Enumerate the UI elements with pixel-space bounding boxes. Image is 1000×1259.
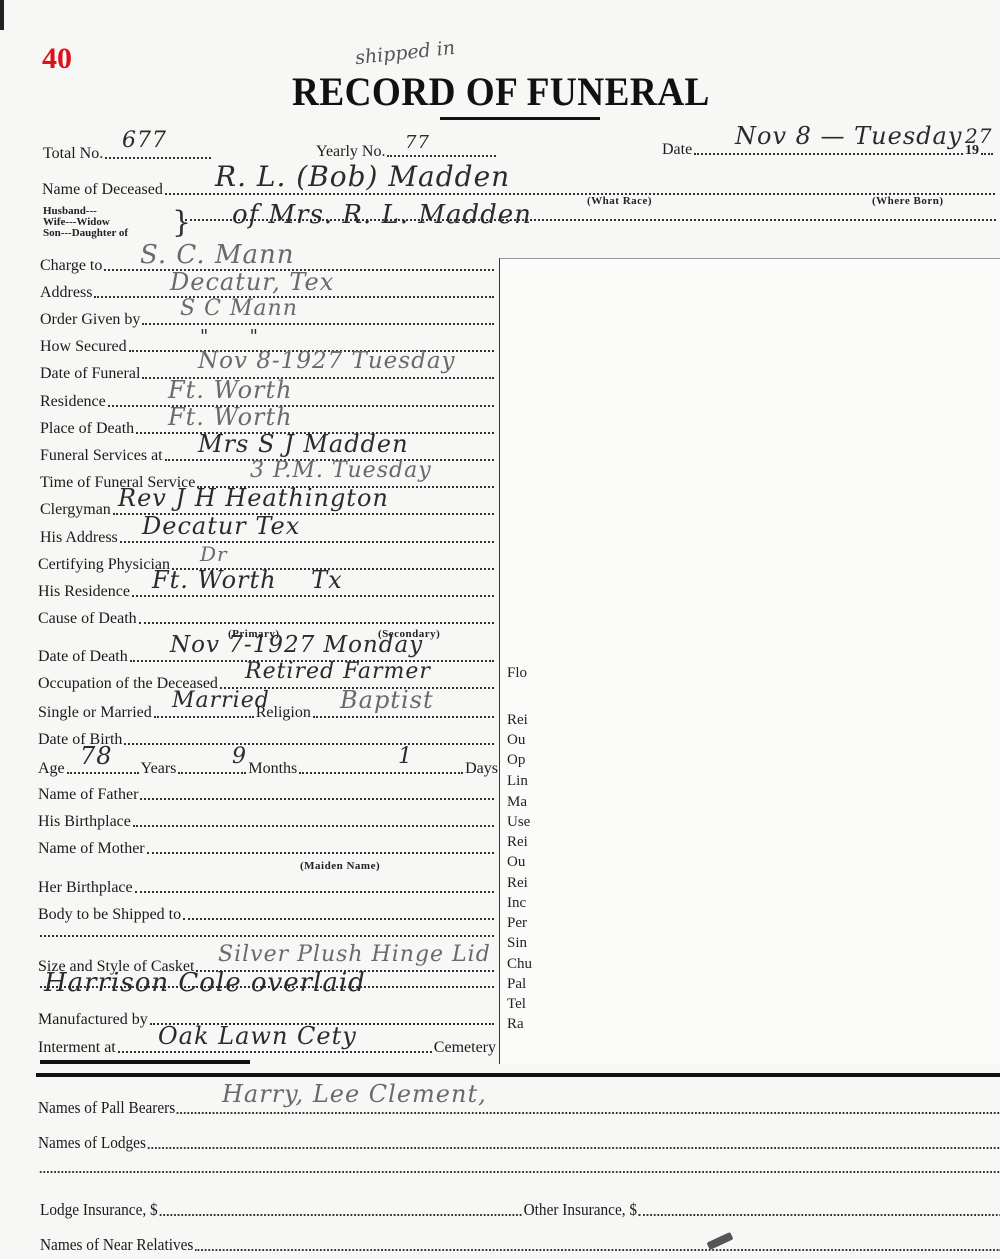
field-label: Charge to <box>40 257 102 275</box>
years-label: Years <box>141 760 177 778</box>
page-edge <box>0 0 4 30</box>
casket-value: Silver Plush Hinge Lid <box>218 942 491 967</box>
body-shipped-to-line2 <box>38 934 496 941</box>
her-birthplace-field: Her Birthplace <box>38 879 496 897</box>
side-item: Rei <box>507 834 528 851</box>
lodge-insurance-label: Lodge Insurance, $ <box>40 1200 158 1220</box>
yearly-no-label: Yearly No. <box>316 143 385 161</box>
months-label: Months <box>248 760 297 778</box>
field-label: Certifying Physician <box>38 556 170 574</box>
dotted-line <box>387 154 496 157</box>
relation-label-3: Son---Daughter of <box>43 228 128 239</box>
name-of-mother-field: Name of Mother <box>38 840 496 858</box>
side-item: Ou <box>507 854 525 871</box>
lodges-line2 <box>38 1170 1000 1177</box>
total-no-value: 677 <box>122 128 167 153</box>
field-label: Single or Married <box>38 704 152 722</box>
side-item: Op <box>507 752 525 769</box>
dotted-line <box>147 851 494 854</box>
deceased-label: Name of Deceased <box>42 181 163 199</box>
single-or-married-value: Married <box>172 688 270 713</box>
his-residence-value: Ft. Worth Tx <box>152 566 343 594</box>
dotted-line <box>67 771 139 774</box>
dotted-line <box>159 1213 521 1216</box>
dotted-line <box>108 404 494 407</box>
side-item: Sin <box>507 935 527 952</box>
maiden-name-caption: (Maiden Name) <box>300 860 380 872</box>
divider <box>40 1060 250 1064</box>
field-label: Place of Death <box>40 420 134 438</box>
pall-bearers-value: Harry, Lee Clement, <box>222 1080 487 1108</box>
where-born-caption: (Where Born) <box>872 195 943 207</box>
dotted-line <box>120 540 494 543</box>
side-item: Ou <box>507 732 525 749</box>
date-of-death-value: Nov 7-1927 Monday <box>170 632 423 658</box>
field-label: Body to be Shipped to <box>38 906 181 924</box>
dotted-line <box>140 797 494 800</box>
age-years-value: 78 <box>80 742 113 770</box>
field-label: Order Given by <box>40 311 140 329</box>
field-label: Name of Mother <box>38 840 145 858</box>
his-address-value: Decatur Tex <box>142 512 300 540</box>
insurance-row: Lodge Insurance, $ Other Insurance, $ <box>40 1200 1000 1220</box>
field-label: How Secured <box>40 338 127 356</box>
field-label: Funeral Services at <box>40 447 163 465</box>
order-given-by-value: S C Mann <box>180 296 298 321</box>
field-label: Names of Near Relatives <box>40 1235 193 1255</box>
side-item: Rei <box>507 875 528 892</box>
dotted-line <box>299 771 463 774</box>
flower-record-panel <box>499 258 1000 1064</box>
age-months-value: 9 <box>232 744 247 769</box>
dotted-line <box>313 715 494 718</box>
dotted-line <box>178 771 246 774</box>
field-label: His Birthplace <box>38 813 131 831</box>
side-item: Per <box>507 915 527 932</box>
certifying-physician-value: Dr <box>200 542 228 566</box>
dotted-line <box>694 152 963 155</box>
dotted-line <box>154 715 254 718</box>
funeral-services-at-value: Mrs S J Madden <box>198 430 409 458</box>
field-label: Date of Funeral <box>40 365 140 383</box>
page-number: 40 <box>42 42 72 76</box>
age-label: Age <box>38 760 65 778</box>
casket-value-line2: Harrison Cole overlaid <box>44 968 366 998</box>
date-year-value: 27 <box>965 124 992 148</box>
side-item: Flo <box>507 665 527 682</box>
side-item: Pal <box>507 976 526 993</box>
residence-value: Ft. Worth <box>168 376 293 404</box>
field-label: Manufactured by <box>38 1011 148 1029</box>
dotted-line <box>133 824 494 827</box>
total-no-label: Total No. <box>43 145 103 163</box>
dotted-line <box>177 1111 999 1114</box>
shipped-annotation: shipped in <box>354 37 456 69</box>
place-of-death-value: Ft. Worth <box>168 403 293 431</box>
dotted-line <box>981 152 993 155</box>
date-of-funeral-value: Nov 8-1927 Tuesday <box>198 348 456 374</box>
date-label: Date <box>662 141 692 159</box>
age-days-value: 1 <box>398 744 413 769</box>
lodges-field: Names of Lodges <box>38 1133 1000 1153</box>
dotted-line <box>139 621 494 624</box>
dotted-line <box>639 1213 1000 1216</box>
dotted-line <box>105 156 211 159</box>
side-item: Ra <box>507 1016 524 1033</box>
occupation-value: Retired Farmer <box>245 659 431 684</box>
dotted-line <box>142 322 494 325</box>
side-item: Inc <box>507 895 526 912</box>
dotted-line <box>40 934 494 937</box>
other-insurance-label: Other Insurance, $ <box>524 1200 637 1220</box>
yearly-no-value: 77 <box>405 132 430 153</box>
days-label: Days <box>465 760 498 778</box>
dotted-line <box>135 890 494 893</box>
dotted-line <box>183 917 494 920</box>
interment-value: Oak Lawn Cety <box>158 1022 357 1050</box>
dotted-line <box>195 1248 1000 1251</box>
dotted-line <box>40 1170 999 1173</box>
field-label: Names of Pall Bearers <box>38 1098 175 1118</box>
dotted-line <box>124 742 494 745</box>
his-birthplace-field: His Birthplace <box>38 813 496 831</box>
field-label: Names of Lodges <box>38 1133 146 1153</box>
side-item: Lin <box>507 773 528 790</box>
field-label: Her Birthplace <box>38 879 133 897</box>
side-item: Tel <box>507 996 526 1013</box>
dotted-line <box>148 1146 999 1149</box>
how-secured-value: " " <box>200 326 259 347</box>
field-label: Interment at <box>38 1039 116 1057</box>
dotted-line <box>118 1050 432 1053</box>
what-race-caption: (What Race) <box>587 195 652 207</box>
name-of-father-field: Name of Father <box>38 786 496 804</box>
deceased-field: Name of Deceased <box>42 181 997 199</box>
field-label: His Address <box>40 529 118 547</box>
charge-to-value: S. C. Mann <box>140 240 295 270</box>
field-label: His Residence <box>38 583 130 601</box>
divider <box>36 1073 1000 1077</box>
side-item: Ma <box>507 794 527 811</box>
address-value: Decatur, Tex <box>170 268 334 296</box>
form-title: RECORD OF FUNERAL <box>292 68 710 115</box>
religion-value: Baptist <box>340 686 434 714</box>
field-label: Date of Death <box>38 648 128 666</box>
side-item: Rei <box>507 712 528 729</box>
cemetery-suffix: Cemetery <box>434 1039 496 1057</box>
body-shipped-to-field: Body to be Shipped to <box>38 906 496 924</box>
pall-bearers-field: Names of Pall Bearers <box>38 1098 1000 1118</box>
field-label: Cause of Death <box>38 610 137 628</box>
deceased-name-value: R. L. (Bob) Madden <box>215 160 510 193</box>
side-item: Chu <box>507 956 532 973</box>
cause-of-death-field: Cause of Death <box>38 610 496 628</box>
title-underline <box>440 117 600 120</box>
date-value: Nov 8 — Tuesday <box>735 122 962 150</box>
field-label: Residence <box>40 393 106 411</box>
side-item: Use <box>507 814 530 831</box>
time-of-funeral-service-value: 3 P.M. Tuesday <box>250 458 432 483</box>
field-label: Name of Father <box>38 786 138 804</box>
field-label: Clergyman <box>40 501 111 519</box>
field-label: Address <box>40 284 92 302</box>
relation-value: of Mrs. R. L. Madden <box>232 200 532 230</box>
near-relatives-field: Names of Near Relatives <box>40 1235 1000 1255</box>
clergyman-value: Rev J H Heathington <box>118 484 389 512</box>
dotted-line <box>132 594 494 597</box>
